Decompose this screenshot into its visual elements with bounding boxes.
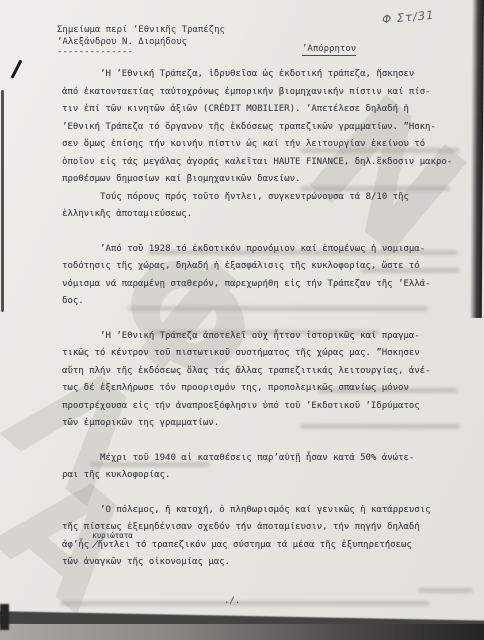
- left-edge-line: [1, 90, 4, 312]
- text-line: τιν ἐπί τῶν κινητῶν ἀξιῶν (CRÉDIT MOBILI…: [62, 101, 464, 119]
- bleed-through-line: [418, 588, 473, 593]
- text-line: τοδότησις τῆς χώρας, δηλαδή ἡ ἐξασφάλισι…: [62, 258, 464, 276]
- body-paragraph: Μέχρι τοῦ 1940 αἱ καταθέσεις παρ’αὐτῇ ἦσ…: [62, 450, 464, 485]
- memo-header: Σημείωμα περί ’Εθνικῆς Τραπέζης ’Αλεξάνδ…: [57, 25, 225, 57]
- text-line: ἀφ’ἧςκυριώτατα/ἤντλει τό τραπεζικόν μας …: [62, 537, 464, 555]
- text-line: τως δέ ἐξεπλήρωσε τόν προορισμόν της, πρ…: [62, 380, 464, 398]
- text-line: ἀπό ἑκατονταετίας ταὐτοχρόνως ἐμπορικήν …: [62, 84, 464, 102]
- text-line: αὕτη πλήν τῆς ἐκδόσεως ὅλας τάς ἄλλας τρ…: [62, 363, 464, 381]
- bottom-left-shadow: [0, 604, 9, 630]
- handwritten-ref: Φ Στ/31: [381, 8, 434, 27]
- text-fragment: ἤντλει τό τραπεζικόν μας σύστημα τά μέσα…: [98, 540, 412, 550]
- text-line: νόμισμα νά παραμένῃ σταθερόν, παρεχωρήθη…: [62, 276, 464, 294]
- text-line: ἑλληνικῆς ἀποταμιεύσεως.: [62, 206, 464, 224]
- body-paragraph: ’Η ’Εθνική Τράπεζα ἀποτελεῖ οὐχ ἧττον ἱσ…: [62, 328, 464, 433]
- text-line: προθέσμων δημοσίων καί βιομηχανικῶν δανε…: [62, 171, 464, 189]
- right-edge-shadow: [470, 0, 484, 318]
- classification-label: ’Απόρρητον: [302, 44, 356, 56]
- text-line: Τούς πόρους πρός τοῦτο ἤντλει, συγκεντρώ…: [62, 189, 464, 207]
- text-fragment: ἀφ’ἧς: [62, 540, 89, 550]
- text-line: προστρέχουσα εἰς τήν ἀναπροεξόφλησιν ὑπό…: [62, 398, 464, 416]
- text-line: ’Ο πόλεμος, ἡ κατοχή, ὁ πληθωρισμός καί …: [62, 502, 464, 520]
- text-line: ’Εθνική Τράπεζα τό ὄργανον τῆς ἐκδόσεως …: [62, 119, 464, 137]
- body-paragraph: Τούς πόρους πρός τοῦτο ἤντλει, συγκεντρώ…: [62, 189, 464, 224]
- title-underline: --------------: [57, 48, 225, 57]
- text-line: σεν ὅμως ἐπίσης τήν κοινήν πίστιν ὡς καί…: [62, 136, 464, 154]
- text-line: ὁποῖον εἰς τάς μεγάλας ἀγοράς καλεῖται H…: [62, 154, 464, 172]
- continuation-mark: ./.: [224, 596, 240, 606]
- text-line: δος.: [62, 293, 464, 311]
- pen-tick-mark: [11, 60, 22, 79]
- memo-title-line1: Σημείωμα περί ’Εθνικῆς Τραπέζης: [57, 25, 225, 37]
- text-line: τικῶς τό κέντρον τοῦ πιστωτικοῦ συστήματ…: [62, 345, 464, 363]
- bottom-scan-background: [0, 624, 484, 640]
- scanned-memo-page: Ν Φ Λ Α Φ Στ/31 Σημείωμα περί ’Εθνικῆς Τ…: [0, 0, 484, 640]
- body-paragraph: ’Η ’Εθνική Τράπεζα, ἱδρυθεῖσα ὡς ἐκδοτικ…: [62, 66, 464, 189]
- text-line: ραι τῆς κυκλοφορίας.: [62, 467, 464, 485]
- text-line: τῶν ἐμπορικῶν της γραμματίων.: [62, 415, 464, 433]
- insertion-anchor: κυριώτατα/: [92, 540, 97, 550]
- text-line: ’Η ’Εθνική Τράπεζα, ἱδρυθεῖσα ὡς ἐκδοτικ…: [62, 66, 464, 84]
- text-line: Μέχρι τοῦ 1940 αἱ καταθέσεις παρ’αὐτῇ ἦσ…: [62, 450, 464, 468]
- body-paragraph: ’Ο πόλεμος, ἡ κατοχή, ὁ πληθωρισμός καί …: [62, 502, 464, 572]
- text-line: τῶν ἀναγκῶν τῆς οἰκονομίας μας.: [62, 554, 464, 572]
- bleed-through-line: [60, 601, 430, 606]
- text-line: ’Από τοῦ 1928 τό ἐκδοτικόν προνόμιον καί…: [62, 241, 464, 259]
- memo-body: ’Η ’Εθνική Τράπεζα, ἱδρυθεῖσα ὡς ἐκδοτικ…: [62, 66, 464, 572]
- body-paragraph: ’Από τοῦ 1928 τό ἐκδοτικόν προνόμιον καί…: [62, 241, 464, 311]
- text-line: ’Η ’Εθνική Τράπεζα ἀποτελεῖ οὐχ ἧττον ἱσ…: [62, 328, 464, 346]
